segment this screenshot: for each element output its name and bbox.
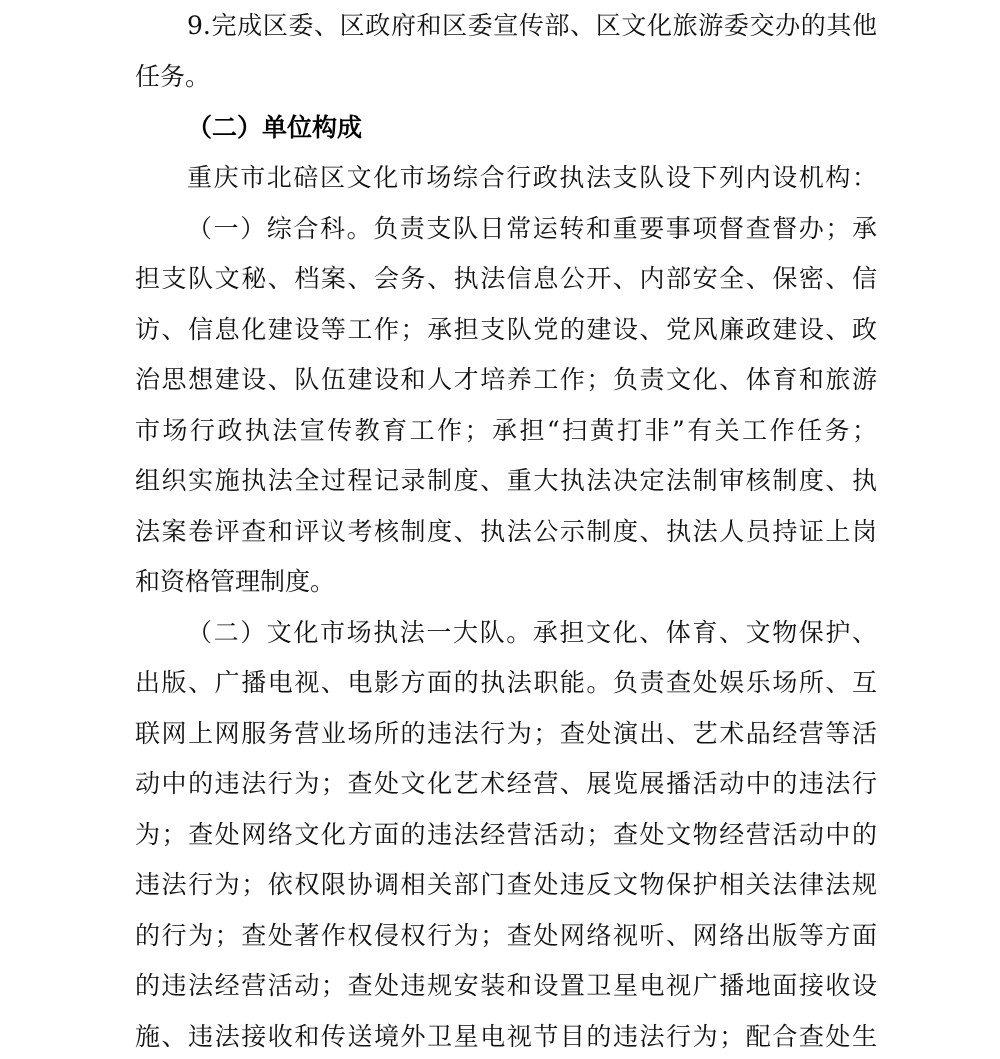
paragraph-line: 出版、广播电视、电影方面的执法职能。负责查处娱乐场所、互 xyxy=(135,658,877,708)
paragraph-line: 的行为；查处著作权侵权行为；查处网络视听、网络出版等方面 xyxy=(135,911,877,961)
section-heading-unit-composition: （二）单位构成 xyxy=(187,103,877,153)
paragraph-line: 访、信息化建设等工作；承担支队党的建设、党风廉政建设、政 xyxy=(135,305,877,355)
paragraph-line: 组织实施执法全过程记录制度、重大执法决定法制审核制度、执 xyxy=(135,456,877,506)
paragraph-line: 治思想建设、队伍建设和人才培养工作；负责文化、体育和旅游 xyxy=(135,355,877,405)
paragraph-line: 为；查处网络文化方面的违法经营活动；查处文物经营活动中的 xyxy=(135,810,877,860)
paragraph-line: 联网上网服务营业场所的违法行为；查处演出、艺术品经营等活 xyxy=(135,709,877,759)
paragraph-line: 违法行为；依权限协调相关部门查处违反文物保护相关法律法规 xyxy=(135,860,877,910)
paragraph-line-general-office: （一）综合科。负责支队日常运转和重要事项督查督办；承 xyxy=(187,204,877,254)
paragraph-line-item-9: 9.完成区委、区政府和区委宣传部、区文化旅游委交办的其他 xyxy=(187,1,877,51)
paragraph-line: 担支队文秘、档案、会务、执法信息公开、内部安全、保密、信 xyxy=(135,254,877,304)
paragraph-line: 法案卷评查和评议考核制度、执法公示制度、执法人员持证上岗 xyxy=(135,507,877,557)
paragraph-line: 动中的违法行为；查处文化艺术经营、展览展播活动中的违法行 xyxy=(135,759,877,809)
paragraph-line: 任务。 xyxy=(135,52,210,102)
paragraph-line: 和资格管理制度。 xyxy=(135,557,335,607)
paragraph-line-intro: 重庆市北碚区文化市场综合行政执法支队设下列内设机构： xyxy=(187,153,877,203)
paragraph-line: 的违法经营活动；查处违规安装和设置卫星电视广播地面接收设 xyxy=(135,961,877,1011)
paragraph-line-enforcement-brigade-1: （二）文化市场执法一大队。承担文化、体育、文物保护、 xyxy=(187,608,877,658)
paragraph-line: 市场行政执法宣传教育工作；承担“扫黄打非”有关工作任务； xyxy=(135,406,877,456)
paragraph-line: 施、违法接收和传送境外卫星电视节目的违法行为；配合查处生 xyxy=(135,1012,877,1059)
